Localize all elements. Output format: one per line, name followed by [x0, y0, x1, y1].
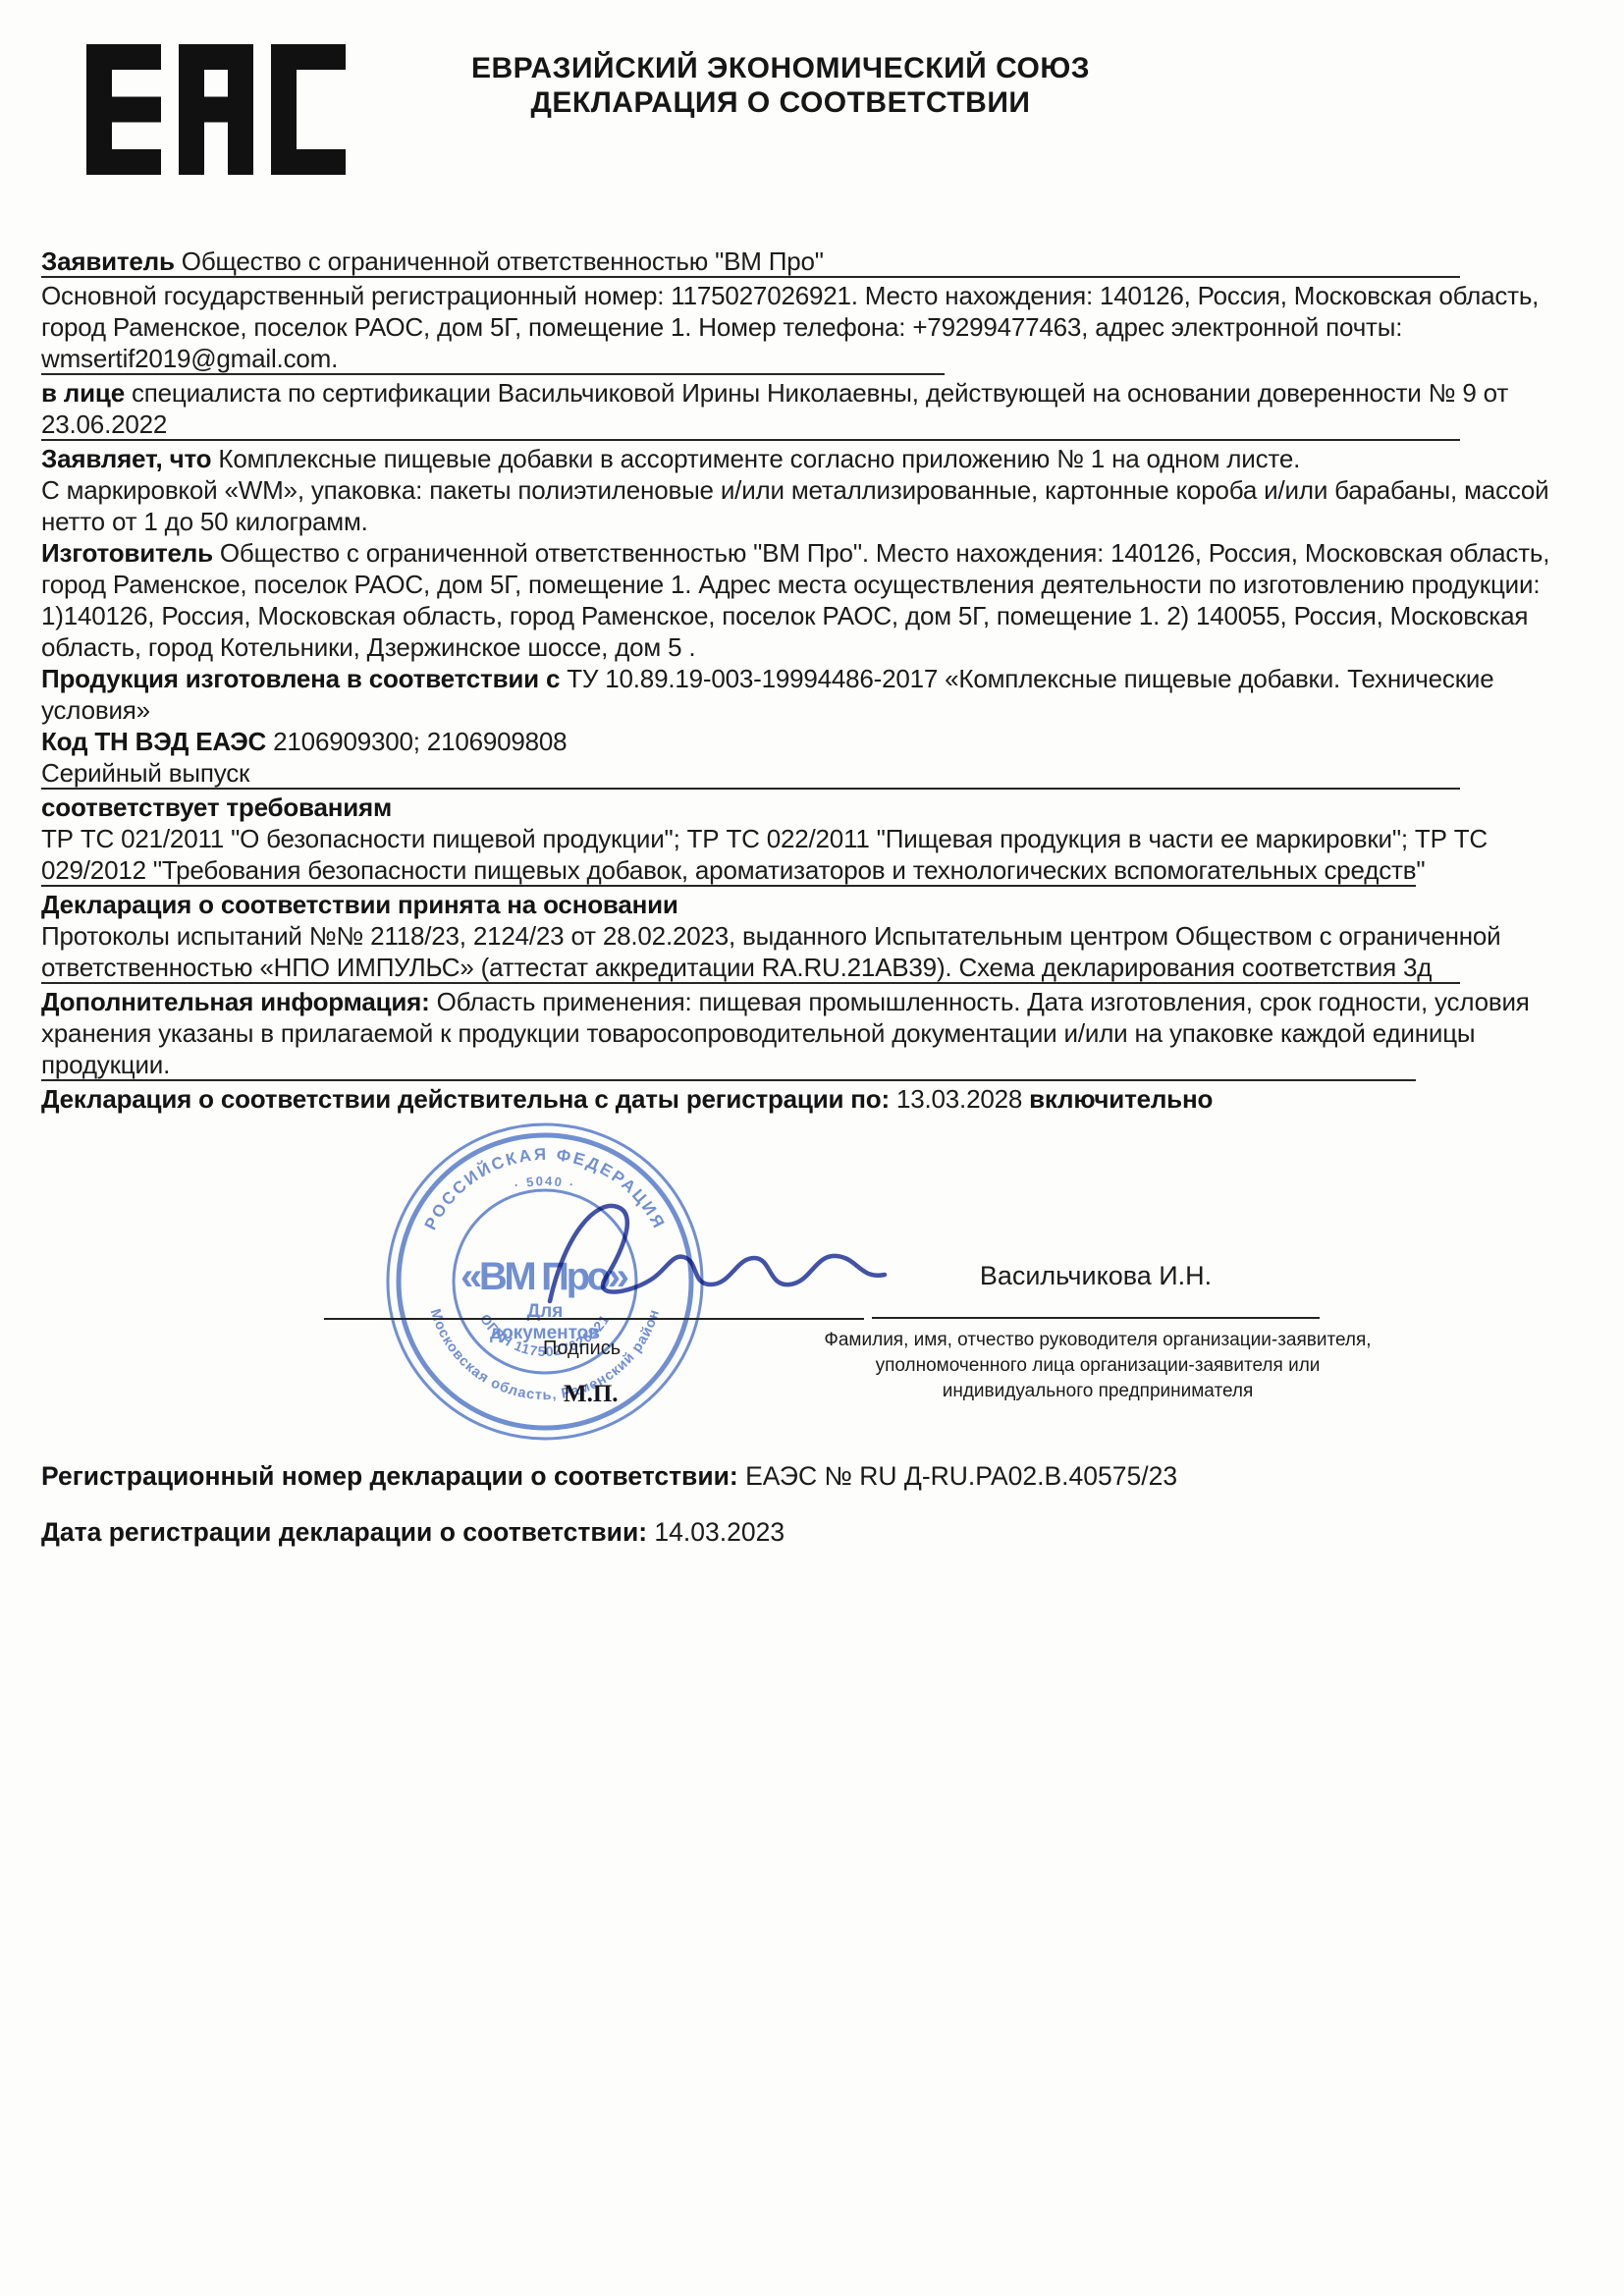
signer-explanation-line1: Фамилия, имя, отчество руководителя орга…	[803, 1328, 1392, 1353]
manufacturer-row: Изготовитель Общество с ограниченной отв…	[41, 537, 1585, 663]
tnved-label: Код ТН ВЭД ЕАЭС	[41, 727, 266, 756]
signer-explanation-line3: индивидуального предпринимателя	[803, 1379, 1392, 1404]
validity-row: Декларация о соответствии действительна …	[41, 1083, 1585, 1115]
eac-logo	[86, 44, 346, 175]
declaration-body: Заявитель Общество с ограниченной ответс…	[41, 246, 1585, 1115]
title-declaration: ДЕКЛАРАЦИЯ О СООТВЕТСТВИИ	[314, 85, 1247, 120]
manufacturer-label: Изготовитель	[41, 538, 213, 568]
declaration-document: ЕВРАЗИЙСКИЙ ЭКОНОМИЧЕСКИЙ СОЮЗ ДЕКЛАРАЦИ…	[0, 0, 1624, 2296]
signer-name: Васильчикова И.Н.	[872, 1261, 1320, 1291]
document-title: ЕВРАЗИЙСКИЙ ЭКОНОМИЧЕСКИЙ СОЮЗ ДЕКЛАРАЦИ…	[314, 51, 1247, 120]
basis-heading: Декларация о соответствии принята на осн…	[41, 889, 1585, 920]
registration-number-row: Регистрационный номер декларации о соотв…	[41, 1461, 1177, 1492]
validity-label: Декларация о соответствии действительна …	[41, 1084, 890, 1114]
tnved-value: 2106909300; 2106909808	[266, 727, 567, 756]
title-union: ЕВРАЗИЙСКИЙ ЭКОНОМИЧЕСКИЙ СОЮЗ	[314, 51, 1247, 85]
validity-date: 13.03.2028	[890, 1084, 1029, 1114]
registration-number-value: ЕАЭС № RU Д-RU.PA02.B.40575/23	[738, 1461, 1177, 1491]
basis-row: Протоколы испытаний №№ 2118/23, 2124/23 …	[41, 920, 1585, 983]
serial-row: Серийный выпуск	[41, 757, 1585, 789]
complies-heading: соответствует требованиям	[41, 792, 1585, 823]
registration-number-label: Регистрационный номер декларации о соотв…	[41, 1461, 738, 1491]
basis-heading-label: Декларация о соответствии принята на осн…	[41, 890, 678, 919]
declares-value: Комплексные пищевые добавки в ассортимен…	[211, 444, 1300, 473]
representative-label: в лице	[41, 378, 125, 408]
marking-row: С маркировкой «WM», упаковка: пакеты пол…	[41, 474, 1585, 537]
applicant-row: Заявитель Общество с ограниченной ответс…	[41, 246, 1585, 277]
rule-under-serial	[41, 788, 1460, 790]
complies-heading-label: соответствует требованиям	[41, 793, 392, 822]
signer-name-line	[872, 1317, 1320, 1319]
stamp-place-mark: М.П.	[564, 1381, 619, 1408]
signature-line	[324, 1318, 864, 1320]
registration-date-row: Дата регистрации декларации о соответств…	[41, 1517, 785, 1548]
registration-date-value: 14.03.2023	[647, 1517, 785, 1547]
applicant-info: Основной государственный регистрационный…	[41, 280, 1585, 374]
additional-label: Дополнительная информация:	[41, 987, 430, 1016]
production-standard-label: Продукция изготовлена в соответствии с	[41, 664, 560, 693]
additional-row: Дополнительная информация: Область приме…	[41, 986, 1585, 1080]
production-standard-row: Продукция изготовлена в соответствии с Т…	[41, 663, 1585, 726]
declares-label: Заявляет, что	[41, 444, 211, 473]
handwritten-signature	[535, 1183, 908, 1331]
applicant-label: Заявитель	[41, 246, 175, 276]
signer-explanation: Фамилия, имя, отчество руководителя орга…	[803, 1328, 1392, 1404]
representative-row: в лице специалиста по сертификации Васил…	[41, 377, 1585, 440]
applicant-value: Общество с ограниченной ответственностью…	[175, 246, 824, 276]
manufacturer-value: Общество с ограниченной ответственностью…	[41, 538, 1549, 662]
rule-under-additional	[41, 1079, 1416, 1081]
representative-value: специалиста по сертификации Васильчиково…	[41, 378, 1508, 439]
registration-date-label: Дата регистрации декларации о соответств…	[41, 1517, 647, 1547]
signer-explanation-line2: уполномоченного лица организации-заявите…	[803, 1353, 1392, 1379]
validity-suffix: включительно	[1029, 1084, 1213, 1114]
tnved-row: Код ТН ВЭД ЕАЭС 2106909300; 2106909808	[41, 726, 1585, 757]
declares-row: Заявляет, что Комплексные пищевые добавк…	[41, 443, 1585, 474]
signature-caption: Подпись	[543, 1338, 621, 1360]
rule-under-representative	[41, 439, 1460, 441]
regulations-row: ТР ТС 021/2011 "О безопасности пищевой п…	[41, 823, 1585, 886]
